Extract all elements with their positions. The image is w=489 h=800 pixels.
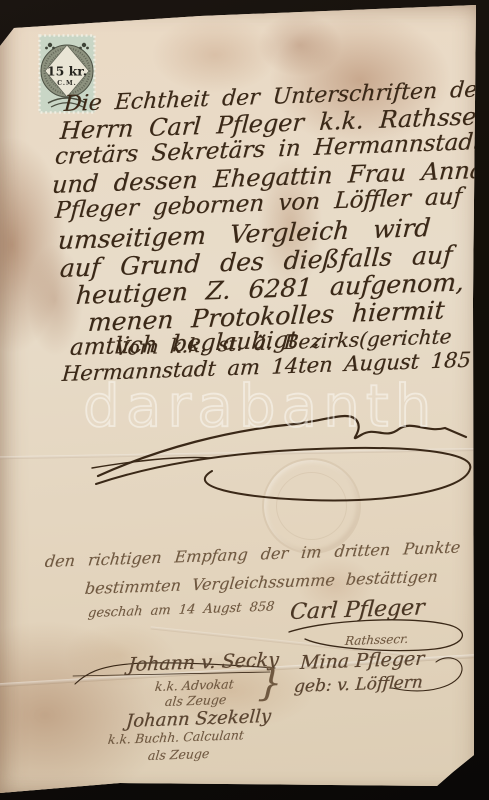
signature-mina-swash bbox=[388, 648, 468, 698]
signature-witness1-role: als Zeuge bbox=[164, 692, 227, 709]
signature-flourish bbox=[90, 398, 480, 508]
document-paper: 15 kr. C.M. Die Echtheit der Unterschrif… bbox=[0, 0, 489, 800]
attestation-line: den richtigen Empfang der im dritten Pun… bbox=[44, 537, 461, 571]
stamp-value: 15 kr. bbox=[47, 64, 87, 79]
signature-witness2-role: als Zeuge bbox=[147, 746, 210, 763]
attestation-line: bestimmten Vergleichssumme bestättigen bbox=[84, 567, 439, 598]
stamp-currency: C.M. bbox=[57, 80, 77, 87]
attestation-line: geschah am 14 Augst 858 bbox=[87, 599, 275, 621]
witness-brace: } bbox=[257, 660, 283, 705]
signature-carl-title: Rathssecr. bbox=[344, 632, 409, 648]
document-photograph: 15 kr. C.M. Die Echtheit der Unterschrif… bbox=[0, 0, 489, 800]
